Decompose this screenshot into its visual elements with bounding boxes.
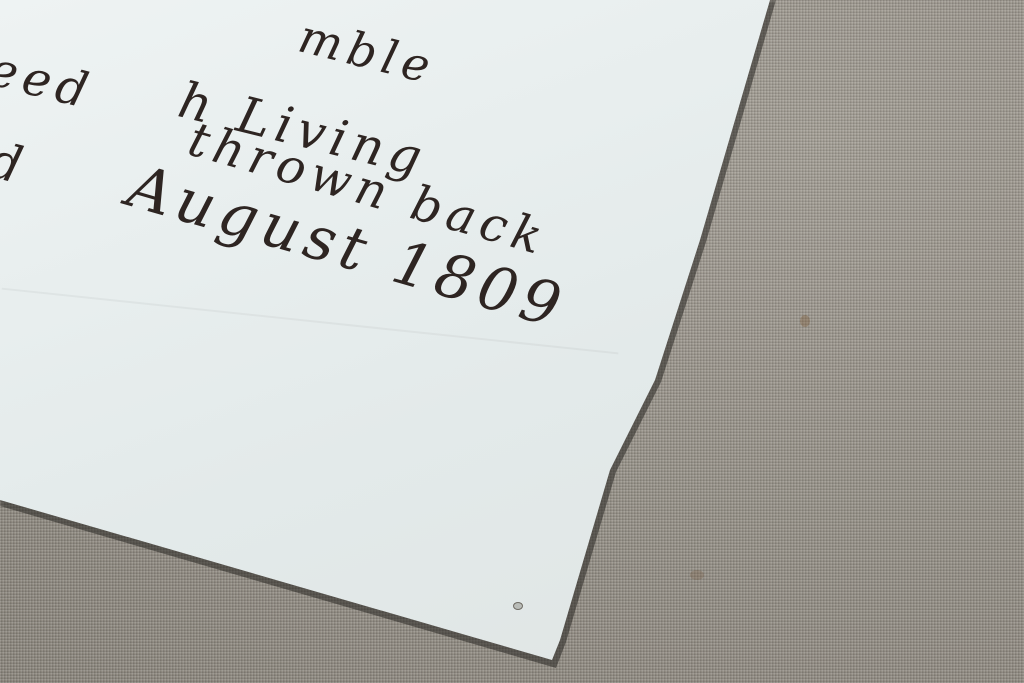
pin-hole <box>514 603 522 609</box>
handwriting-line: eed <box>0 41 99 121</box>
handwriting-line: d <box>0 131 34 196</box>
handwriting-line: mble <box>293 9 441 95</box>
fabric-stain <box>690 570 704 580</box>
fabric-stain <box>800 315 810 327</box>
